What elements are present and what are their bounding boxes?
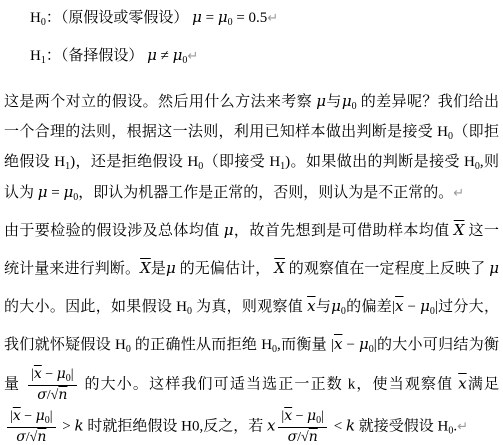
math-variable: x: [267, 416, 275, 434]
overline-variable: n: [58, 387, 67, 403]
hypothesis-h1-line: H1：（备择假设） μ ≠ μ0↵: [4, 45, 499, 67]
math-variable: μ: [192, 8, 202, 26]
document-page: H0：（原假设或零假设） μ = μ0 = 0.5↵ H1：（备择假设） μ ≠…: [0, 0, 503, 445]
text-run: −: [342, 337, 359, 353]
paragraph-mark-icon: ↵: [453, 186, 464, 201]
math-variable: k: [75, 416, 84, 434]
text-run: H: [30, 48, 41, 64]
hypothesis-h0-line: H0：（原假设或零假设） μ = μ0 = 0.5↵: [4, 7, 499, 29]
text-run: 的正确性从而拒绝 H: [131, 337, 272, 353]
text-run: 为真，则观察值: [192, 299, 307, 315]
text-run: 的大小。这样我们可适当选正一正数 k，使当观察值: [80, 376, 459, 392]
overline-variable: x: [13, 408, 21, 424]
text-run: 就接受假设 H: [355, 418, 448, 434]
math-variable: k: [346, 416, 355, 434]
fraction: |x − μ0|σ/√n: [7, 408, 56, 445]
overline-variable: X: [454, 221, 465, 239]
text-run: ，即认为机器工作是正常的，否则，则认为是不正常的。: [78, 185, 453, 201]
text-run: 满足: [467, 376, 499, 392]
paragraph-mark-icon: ↵: [267, 11, 278, 26]
text-run: = 0.5: [233, 10, 268, 26]
text-run: ,而衡量 |: [277, 337, 334, 353]
text-run: H: [30, 10, 41, 26]
math-variable: μ: [224, 221, 234, 239]
text-run: 这是两个对立的假设。然后用什么方法来考察: [4, 94, 316, 110]
fraction-denominator: σ/√n: [28, 386, 77, 405]
overline-variable: X: [274, 259, 285, 277]
math-variable: μ: [166, 259, 176, 277]
overline-variable: x: [458, 374, 466, 392]
math-variable: μ: [36, 408, 45, 424]
text-run: 的大小。因此，如果假设 H: [4, 299, 187, 315]
paragraph-mark-icon: ↵: [187, 49, 198, 64]
math-variable: μ: [38, 183, 48, 201]
fraction-numerator: |x − μ0|: [7, 408, 56, 428]
text-run: ：（原假设或零假设）: [46, 10, 192, 26]
math-variable: μ: [359, 335, 369, 353]
text-run: /√: [26, 430, 38, 445]
text-run: /√: [297, 430, 309, 445]
overline-variable: x: [34, 366, 42, 382]
text-run: |: [321, 409, 324, 424]
fraction-numerator: |x − μ0|: [278, 408, 327, 428]
math-variable: μ: [316, 92, 326, 110]
text-run: )。如果做出的判断是接受 H: [285, 154, 475, 170]
text-run: 是: [151, 261, 166, 277]
math-variable: μ: [63, 183, 73, 201]
fraction-numerator: |x − μ0|: [28, 366, 77, 386]
paragraph-opposing-hypotheses: 这是两个对立的假设。然后用什么方法来考察 μ与μ0 的差异呢？我们给出一个合理的…: [4, 86, 499, 209]
fraction: |x − μ0|σ/√n: [28, 366, 77, 404]
paragraph-mark-icon: ↵: [457, 419, 468, 434]
math-variable: σ: [37, 387, 47, 403]
text-run: )，还是拒绝假设 H: [70, 154, 198, 170]
text-run: ，故首先想到是可借助样本均值: [234, 223, 454, 239]
overline-variable: x: [307, 297, 315, 315]
text-run: 的偏差|: [346, 299, 395, 315]
text-run: /√: [47, 388, 59, 403]
text-run: 由于要检验的假设涉及总体均值: [4, 223, 224, 239]
overline-variable: n: [37, 429, 46, 445]
text-run: =: [202, 10, 218, 26]
text-run: ：（备择假设）: [46, 48, 147, 64]
math-variable: μ: [420, 297, 430, 315]
math-variable: μ: [331, 297, 341, 315]
text-run: −: [21, 409, 36, 424]
fraction-denominator: σ/√n: [278, 428, 327, 445]
math-variable: μ: [57, 366, 66, 382]
text-run: 与: [326, 94, 342, 110]
text-run: |: [50, 409, 53, 424]
overline-variable: x: [395, 297, 403, 315]
text-run: >: [59, 418, 75, 434]
text-run: ≠: [157, 48, 173, 64]
text-run: 时就拒绝假设 H0,反之，若: [84, 418, 267, 434]
math-variable: μ: [342, 92, 352, 110]
overline-variable: X: [140, 259, 151, 277]
math-variable: σ: [288, 429, 298, 445]
paragraph-test-statistic: 由于要检验的假设涉及总体均值 μ，故首先想到是可借助样本均值 X 这一统计量来进…: [4, 212, 499, 445]
text-run: 与: [316, 299, 332, 315]
text-run: 的无偏估计，: [176, 261, 274, 277]
fraction-denominator: σ/√n: [7, 428, 56, 445]
fraction: |x − μ0|σ/√n: [278, 408, 327, 445]
math-variable: μ: [307, 408, 316, 424]
overline-variable: n: [309, 429, 318, 445]
text-run: <: [330, 418, 346, 434]
text-run: |: [71, 367, 74, 382]
math-variable: μ: [489, 259, 499, 277]
text-run: −: [404, 299, 421, 315]
math-variable: μ: [218, 8, 228, 26]
text-run: =: [48, 185, 64, 201]
math-variable: σ: [16, 429, 26, 445]
text-run: −: [292, 409, 307, 424]
math-variable: μ: [147, 46, 157, 64]
math-variable: μ: [173, 46, 183, 64]
text-run: （即接受 H: [203, 154, 280, 170]
overline-variable: x: [284, 408, 292, 424]
text-run: 的观察值在一定程度上反映了: [285, 261, 489, 277]
text-run: −: [42, 367, 57, 382]
